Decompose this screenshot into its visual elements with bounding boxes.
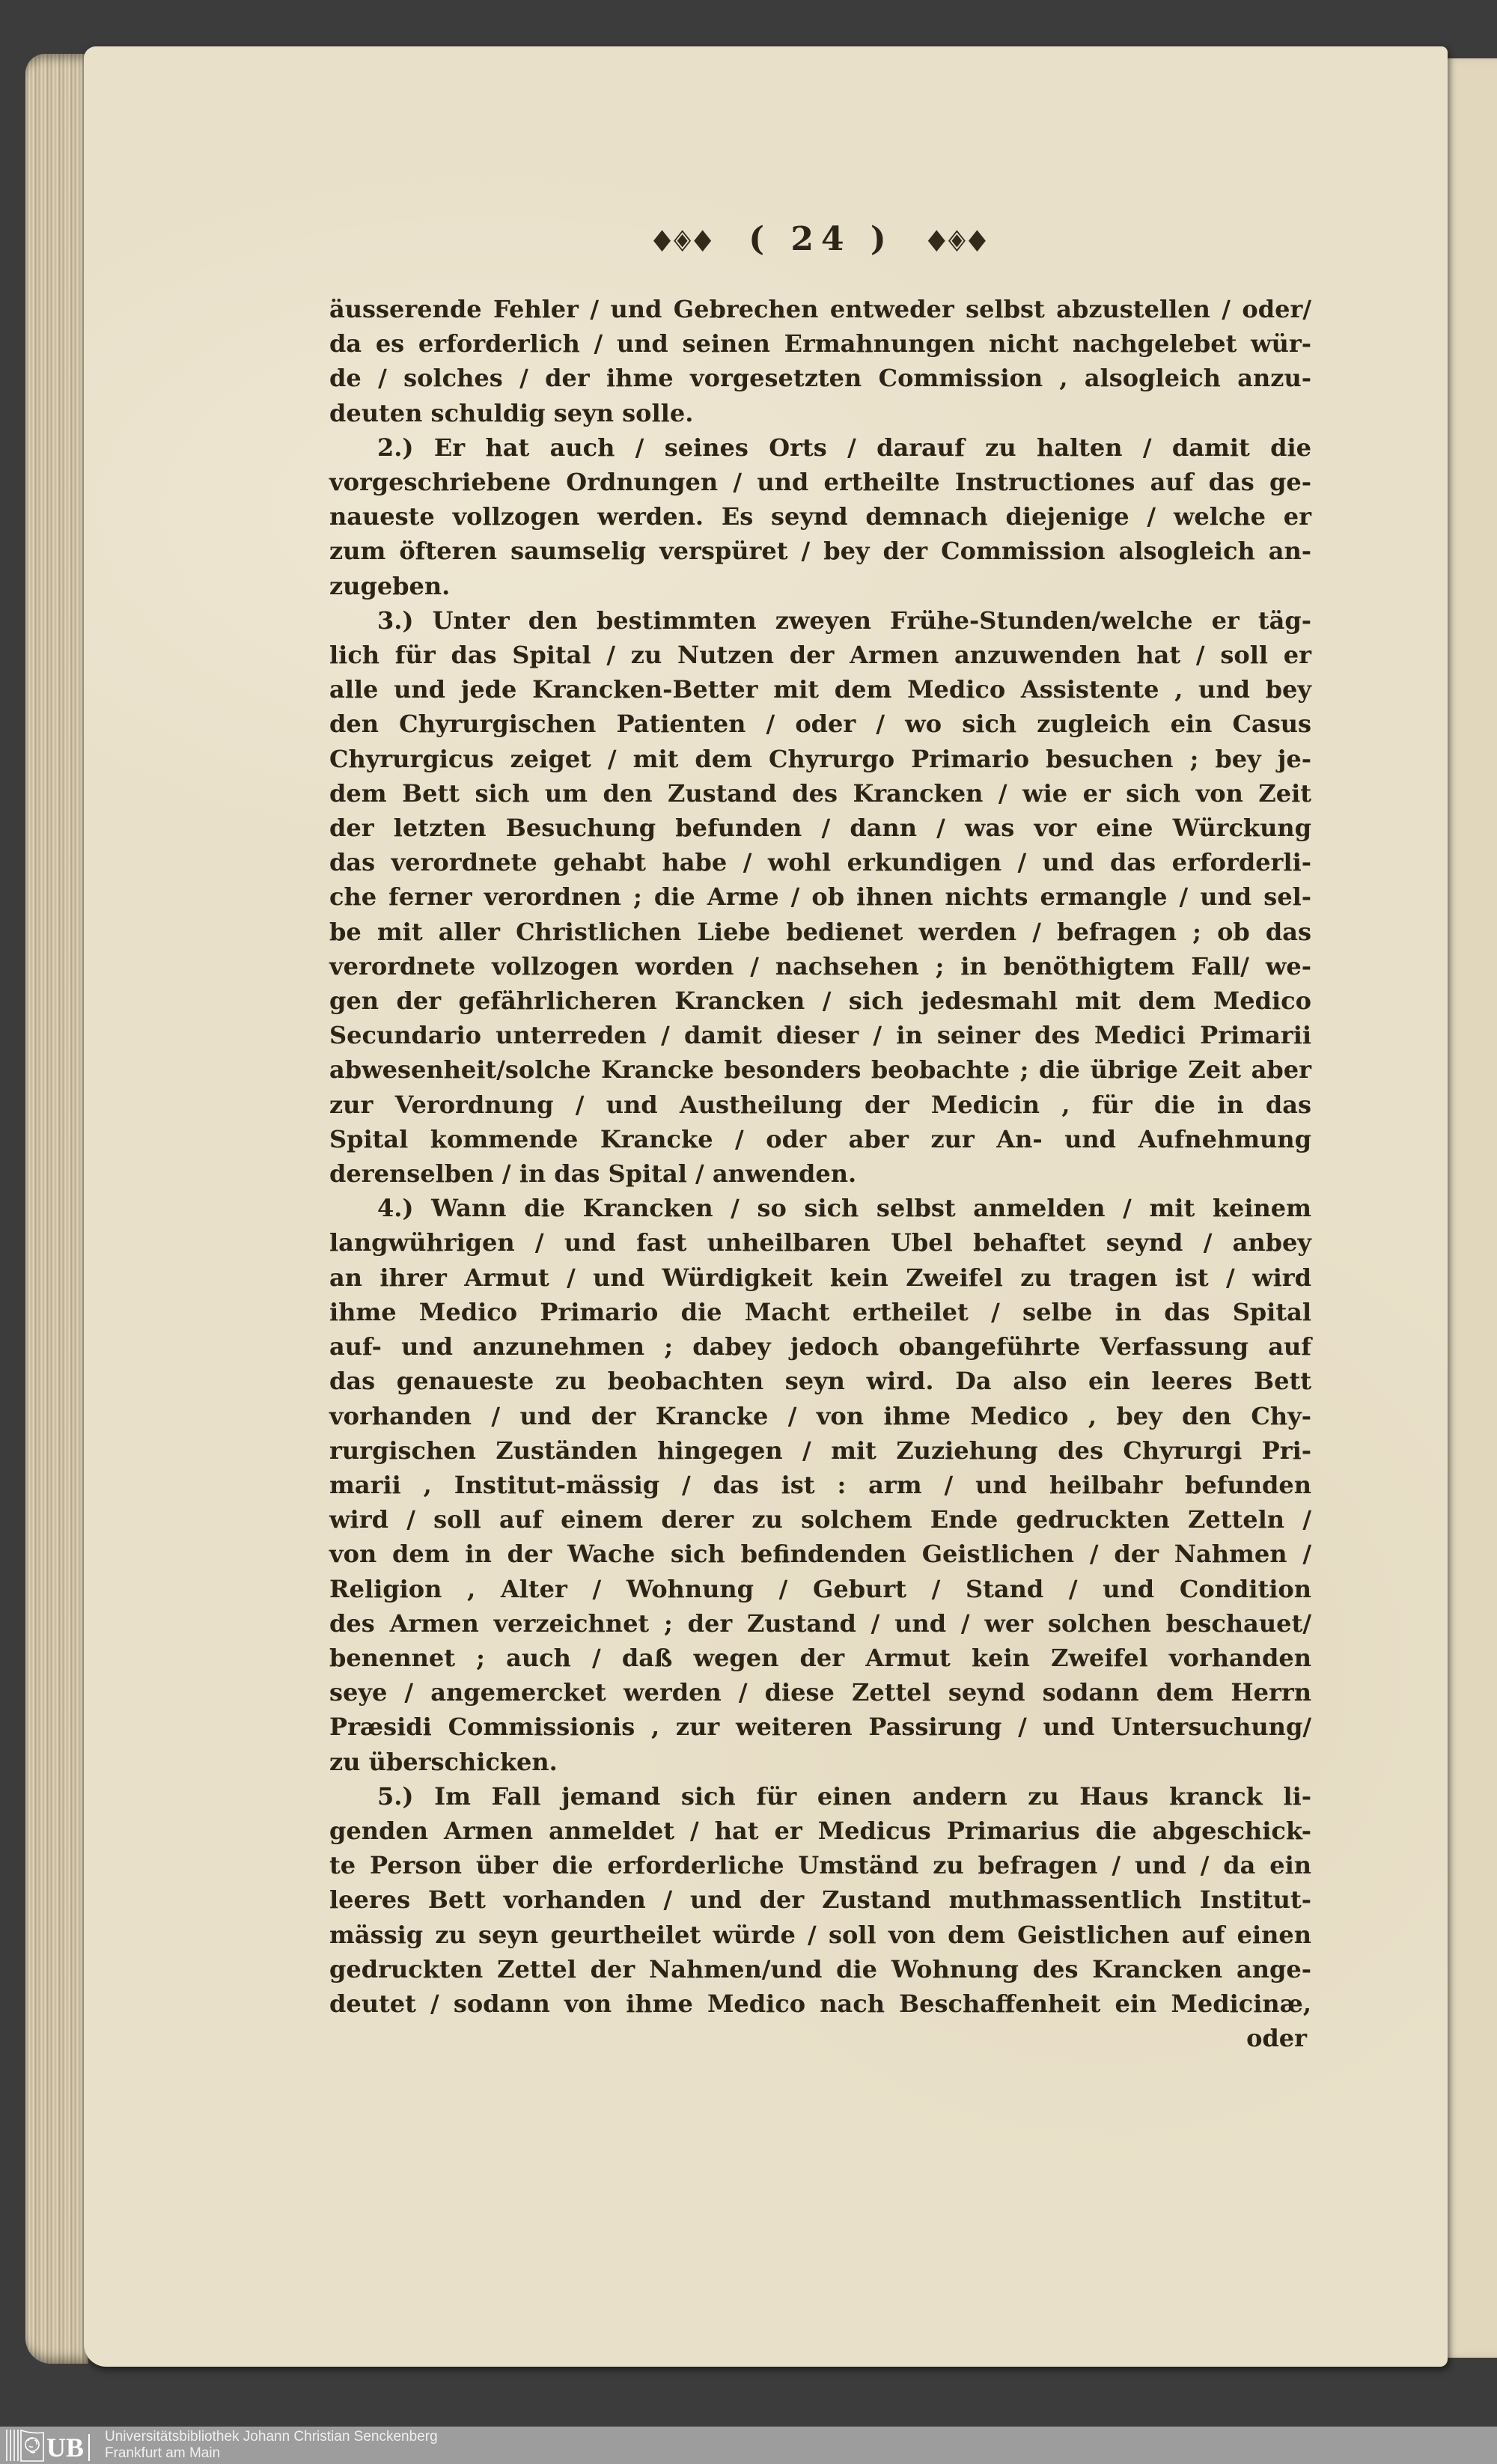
text-line: leeres Bett vorhanden / und der Zustand … <box>329 1882 1311 1917</box>
text-line: rurgischen Zuständen hingegen / mit Zuzi… <box>329 1433 1311 1468</box>
text-line: vorhanden / und der Krancke / von ihme M… <box>329 1399 1311 1433</box>
text-line: zu überschicken. <box>329 1745 1311 1779</box>
text-line: Spital kommende Krancke / oder aber zur … <box>329 1122 1311 1156</box>
book-fore-edge-pages <box>25 54 88 2364</box>
text-line: alle und jede Krancken-Better mit dem Me… <box>329 672 1311 707</box>
text-line: des Armen verzeichnet ; der Zustand / un… <box>329 1606 1311 1641</box>
text-line: 3.) Unter den bestimmten zweyen Frühe-St… <box>329 603 1311 638</box>
text-line: lich für das Spital / zu Nutzen der Arme… <box>329 638 1311 672</box>
text-line: das genaueste zu beobachten seyn wird. D… <box>329 1364 1311 1398</box>
text-line: an ihrer Armut / und Würdigkeit kein Zwe… <box>329 1260 1311 1295</box>
library-name-block: Universitätsbibliothek Johann Christian … <box>105 2429 438 2463</box>
text-line: benennet ; auch / daß wegen der Armut ke… <box>329 1641 1311 1675</box>
text-line: den Chyrurgischen Patienten / oder / wo … <box>329 707 1311 741</box>
text-line: Chyrurgicus zeiget / mit dem Chyrurgo Pr… <box>329 742 1311 776</box>
text-line: vorgeschriebene Ordnungen / und ertheilt… <box>329 465 1311 499</box>
text-line: 4.) Wann die Krancken / so sich selbst a… <box>329 1191 1311 1225</box>
text-line: Religion , Alter / Wohnung / Geburt / St… <box>329 1572 1311 1606</box>
text-line: seye / angemercket werden / diese Zettel… <box>329 1675 1311 1710</box>
library-footer-bar: UB Universitätsbibliothek Johann Christi… <box>0 2427 1497 2464</box>
scanned-page: ◆◈◆ ( 24 ) ◆◈◆ äusserende Fehler / und G… <box>84 46 1448 2367</box>
floral-ornament-left-icon: ◆◈◆ <box>653 223 714 256</box>
text-line: äusserende Fehler / und Gebrechen entwed… <box>329 292 1311 326</box>
text-line: der letzten Besuchung befunden / dann / … <box>329 811 1311 845</box>
text-line: dem Bett sich um den Zustand des Krancke… <box>329 776 1311 811</box>
catchword: oder <box>1246 2024 1307 2052</box>
text-line: langwührigen / und fast unheilbaren Ubel… <box>329 1225 1311 1260</box>
library-name: Universitätsbibliothek Johann Christian … <box>105 2429 438 2445</box>
text-line: von dem in der Wache sich befindenden Ge… <box>329 1537 1311 1571</box>
paragraph: 4.) Wann die Krancken / so sich selbst a… <box>329 1191 1311 1778</box>
paragraph: äusserende Fehler / und Gebrechen entwed… <box>329 292 1311 430</box>
text-line: de / solches / der ihme vorgesetzten Com… <box>329 361 1311 395</box>
text-line: zum öfteren saumselig verspüret / bey de… <box>329 534 1311 568</box>
text-line: das verordnete gehabt habe / wohl erkund… <box>329 845 1311 879</box>
ub-logo-text: UB <box>46 2433 84 2463</box>
text-line: 5.) Im Fall jemand sich für einen andern… <box>329 1779 1311 1814</box>
text-line: gen der gefährlicheren Krancken / sich j… <box>329 984 1311 1018</box>
paragraph: 5.) Im Fall jemand sich für einen andern… <box>329 1779 1311 2021</box>
text-line: ihme Medico Primario die Macht ertheilet… <box>329 1295 1311 1329</box>
text-line: Præsidi Commissionis , zur weiteren Pass… <box>329 1710 1311 1744</box>
text-line: marii , Institut-mässig / das ist : arm … <box>329 1468 1311 1502</box>
text-line: che ferner verordnen ; die Arme / ob ihn… <box>329 879 1311 914</box>
text-line: abwesenheit/solche Krancke besonders beo… <box>329 1052 1311 1087</box>
scanned-book-photo: ◆◈◆ ( 24 ) ◆◈◆ äusserende Fehler / und G… <box>0 0 1497 2464</box>
catchword-row: oder <box>329 2021 1311 2055</box>
text-line: da es erforderlich / und seinen Ermahnun… <box>329 326 1311 361</box>
text-block: äusserende Fehler / und Gebrechen entwed… <box>329 292 1311 2055</box>
text-line: derenselben / in das Spital / anwenden. <box>329 1156 1311 1191</box>
paragraph: 2.) Er hat auch / seines Orts / darauf z… <box>329 430 1311 603</box>
text-line: be mit aller Christlichen Liebe bedienet… <box>329 915 1311 949</box>
text-line: te Person über die erforderliche Umständ… <box>329 1848 1311 1882</box>
text-line: Secundario unterreden / damit dieser / i… <box>329 1018 1311 1052</box>
text-line: gedruckten Zettel der Nahmen/und die Woh… <box>329 1952 1311 1986</box>
text-line: 2.) Er hat auch / seines Orts / darauf z… <box>329 430 1311 465</box>
text-line: deutet / sodann von ihme Medico nach Bes… <box>329 1986 1311 2021</box>
library-city: Frankfurt am Main <box>105 2445 438 2462</box>
page-header: ◆◈◆ ( 24 ) ◆◈◆ <box>331 220 1311 258</box>
page-number: ( 24 ) <box>748 220 894 258</box>
text-line: genden Armen anmeldet / hat er Medicus P… <box>329 1814 1311 1848</box>
text-line: mässig zu seyn geurtheilet würde / soll … <box>329 1918 1311 1952</box>
text-line: naueste vollzogen werden. Es seynd demna… <box>329 499 1311 534</box>
text-line: auf- und anzunehmen ; dabey jedoch obang… <box>329 1329 1311 1364</box>
text-line: zugeben. <box>329 569 1311 603</box>
text-line: deuten schuldig seyn solle. <box>329 396 1311 430</box>
floral-ornament-right-icon: ◆◈◆ <box>928 223 989 256</box>
text-line: zur Verordnung / und Austheilung der Med… <box>329 1088 1311 1122</box>
text-line: wird / soll auf einem derer zu solchem E… <box>329 1502 1311 1537</box>
ub-library-logo-icon: UB <box>4 2428 93 2463</box>
paragraph: 3.) Unter den bestimmten zweyen Frühe-St… <box>329 603 1311 1191</box>
text-line: verordnete vollzogen worden / nachsehen … <box>329 949 1311 984</box>
